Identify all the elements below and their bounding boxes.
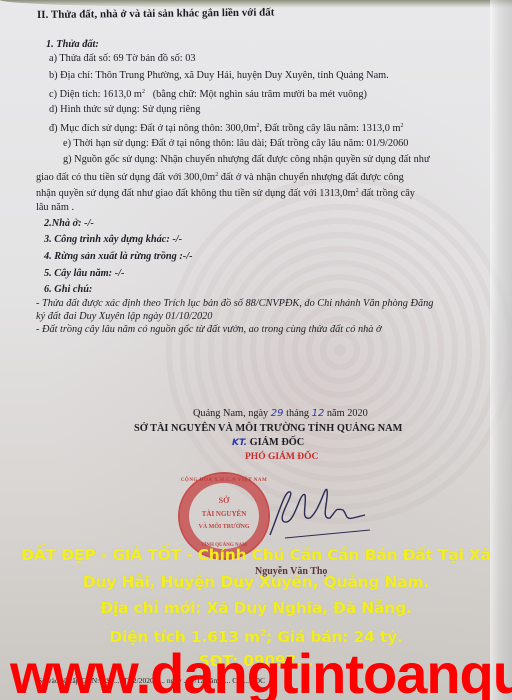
land-usage-form: d) Hình thức sử dụng: Sử dụng riêng [49, 103, 200, 116]
origin-text: đất trồng cây [359, 188, 415, 199]
perennial-heading: 5. Cây lâu năm: -/- [44, 267, 124, 280]
section-title: II. Thửa đất, nhà ở và tài sản khác gắn … [37, 7, 275, 22]
director-label: GIÁM ĐỐC [250, 437, 305, 448]
superscript: 2 [401, 123, 404, 129]
house-heading: 2.Nhà ở: -/- [44, 217, 94, 230]
kt-mark: KT. [232, 438, 247, 448]
land-address: b) Địa chỉ: Thôn Trung Phường, xã Duy Hả… [49, 69, 389, 82]
date-day: 29 [271, 408, 284, 419]
origin-text: giao đất có thu tiền sử dụng đất với 300… [36, 172, 215, 183]
land-area-value: c) Diện tích: 1613,0 m [49, 89, 142, 100]
superscript: 2 [142, 89, 145, 95]
origin-text: đất ở và nhận chuyển nhượng đất được côn… [218, 172, 404, 183]
note-line: - Thửa đất được xác định theo Trích lục … [36, 297, 433, 310]
note-line: - Đất trồng cây lâu năm có nguồn gốc từ … [36, 323, 381, 336]
land-usage-term: e) Thời hạn sử dụng: Đất ở tại nông thôn… [63, 137, 408, 150]
date-prefix: Quảng Nam, ngày [193, 408, 268, 419]
purpose-residential: đ) Mục đích sử dụng: Đất ở tại nông thôn… [49, 123, 257, 134]
stamp-line-2: TÀI NGUYÊN [180, 510, 268, 518]
issuing-authority: SỞ TÀI NGUYÊN VÀ MÔI TRƯỜNG TỈNH QUẢNG N… [134, 423, 402, 434]
ad-new-address: Địa chỉ mới: Xã Duy Nghĩa, Đà Nẵng. [0, 597, 512, 619]
signing-date: Quảng Nam, ngày 29 tháng 12 năm 2020 [193, 408, 368, 419]
land-origin-line-1: g) Nguồn gốc sử dụng: Nhận chuyển nhượng… [63, 153, 430, 166]
land-heading: 1. Thửa đất: [46, 38, 99, 51]
stamp-ring-top: CỘNG HOÀ X.H.C.N VIỆT NAM [180, 478, 268, 483]
other-construction-heading: 3. Công trình xây dựng khác: -/- [44, 233, 182, 246]
ad-headline-line-2: Duy Hải, Huyện Duy Xuyên, Quảng Nam. [0, 571, 512, 593]
ad-headline-line-1: ĐẤT ĐẸP - GIÁ TỐT - Chính Chủ Cần Cần Bá… [0, 544, 512, 566]
stamp-line-3: VÀ MÔI TRƯỜNG [180, 524, 268, 530]
signature-icon [265, 480, 375, 540]
forest-heading: 4. Rừng sản xuất là rừng trồng :-/- [44, 250, 193, 263]
land-usage-purpose: đ) Mục đích sử dụng: Đất ở tại nông thôn… [49, 120, 404, 135]
land-area-words: (bằng chữ: Một nghìn sáu trăm mười ba mé… [153, 89, 367, 100]
date-month-label: tháng [286, 408, 309, 419]
deputy-director-title: PHÓ GIÁM ĐỐC [245, 452, 318, 462]
land-area: c) Diện tích: 1613,0 m2 (bằng chữ: Một n… [49, 86, 367, 101]
director-title: KT. GIÁM ĐỐC [232, 437, 304, 448]
website-watermark: www.dangtintoanqu [10, 646, 512, 700]
land-origin-line-3: nhận quyền sử dụng đất như giao đất khôn… [36, 185, 415, 200]
land-parcel-number: a) Thửa đất số: 69 Tờ bản đồ số: 03 [49, 52, 196, 65]
notes-heading: 6. Ghi chú: [44, 283, 92, 296]
date-month: 12 [312, 408, 325, 419]
note-line: ký đất đai Duy Xuyên lập ngày 01/10/2020 [36, 310, 212, 323]
purpose-perennial: , Đất trồng cây lâu năm: 1313,0 m [260, 123, 401, 134]
stamp-line-1: SỞ [180, 496, 268, 505]
land-origin-line-2: giao đất có thu tiền sử dụng đất với 300… [36, 169, 404, 184]
date-year: năm 2020 [327, 408, 368, 419]
origin-text: nhận quyền sử dụng đất như giao đất khôn… [36, 188, 356, 199]
land-certificate-page: II. Thửa đất, nhà ở và tài sản khác gắn … [0, 0, 512, 700]
land-origin-line-4: lâu năm . [36, 201, 74, 214]
